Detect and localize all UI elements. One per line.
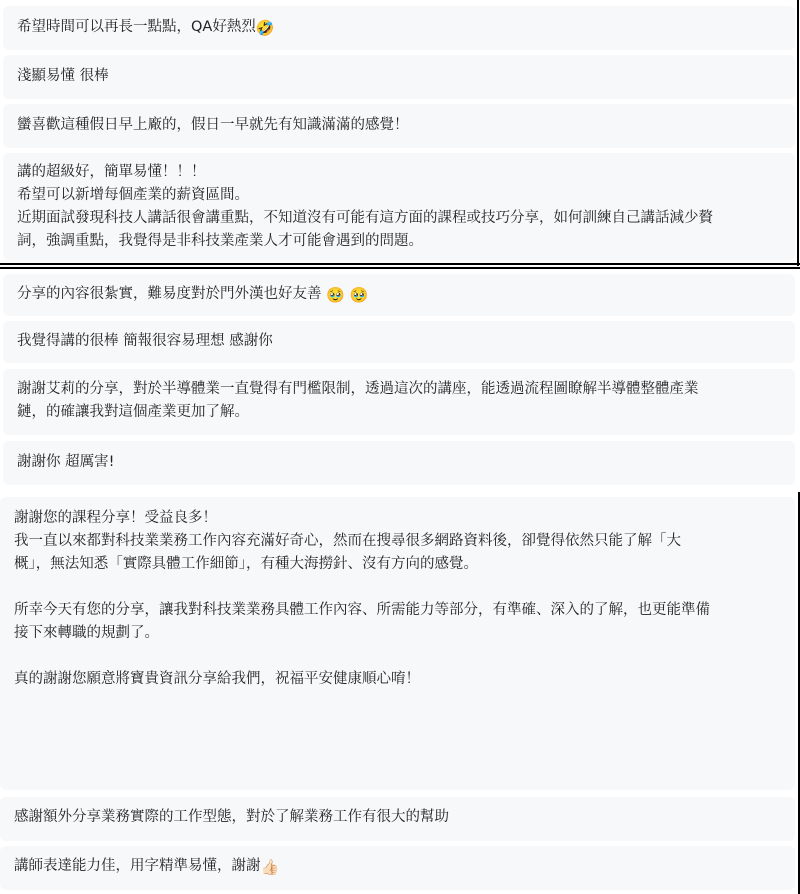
comment-card: 分享的內容很紮實，難易度對於門外漢也好友善 🥹 🥹 [3,274,795,316]
comment-text: 謝謝您的課程分享！受益良多！ 我一直以來都對科技業業務工作內容充滿好奇心，然而在… [14,510,710,687]
comment-card: 講的超級好，簡單易懂！！！ 希望可以新增每個產業的薪資區間。 近期面試發現科技人… [3,153,795,260]
comment-text: 淺顯易懂 很棒 [17,68,109,84]
section-separator [0,263,800,265]
comment-text: 希望時間可以再長一點點，QA好熱烈 [17,19,256,35]
comment-card: 蠻喜歡這種假日早上廠的，假日一早就先有知識滿滿的感覺！ [3,104,795,148]
comment-card: 謝謝您的課程分享！受益良多！ 我一直以來都對科技業業務工作內容充滿好奇心，然而在… [0,497,795,790]
comment-text: 分享的內容很紮實，難易度對於門外漢也好友善 [17,286,322,302]
comment-text: 感謝額外分享業務實際的工作型態，對於了解業務工作有很大的幫助 [14,809,449,825]
comment-text: 講師表達能力佳，用字精準易懂，謝謝 [14,858,261,874]
comment-text: 講的超級好，簡單易懂！！！ 希望可以新增每個產業的薪資區間。 近期面試發現科技人… [17,164,713,249]
rofl-emoji-icon: 🤣 [256,21,275,36]
comment-card: 希望時間可以再長一點點，QA好熱烈🤣 [3,6,795,50]
comment-text: 我覺得講的很棒 簡報很容易理想 感謝你 [17,333,273,349]
section-border [797,0,799,266]
comment-card: 謝謝你 超厲害! [3,441,795,485]
comment-card: 謝謝艾莉的分享，對於半導體業一直覺得有門檻限制，透過這次的講座，能透過流程圖瞭解… [3,369,795,435]
comment-text: 謝謝艾莉的分享，對於半導體業一直覺得有門檻限制，透過這次的講座，能透過流程圖瞭解… [17,381,699,420]
comment-text: 蠻喜歡這種假日早上廠的，假日一早就先有知識滿滿的感覺！ [17,117,409,133]
thumbs-up-emoji-icon: 👍🏻 [261,860,280,875]
comment-card: 感謝額外分享業務實際的工作型態，對於了解業務工作有很大的幫助 [0,797,795,841]
comment-card: 講師表達能力佳，用字精準易懂，謝謝👍🏻 [0,846,795,890]
comment-card: 淺顯易懂 很棒 [3,55,795,99]
comment-card: 我覺得講的很棒 簡報很容易理想 感謝你 [3,321,795,363]
comment-text: 謝謝你 超厲害! [17,454,114,470]
section-separator [0,267,800,269]
pleading-face-emoji-icon: 🥹 🥹 [326,288,368,303]
